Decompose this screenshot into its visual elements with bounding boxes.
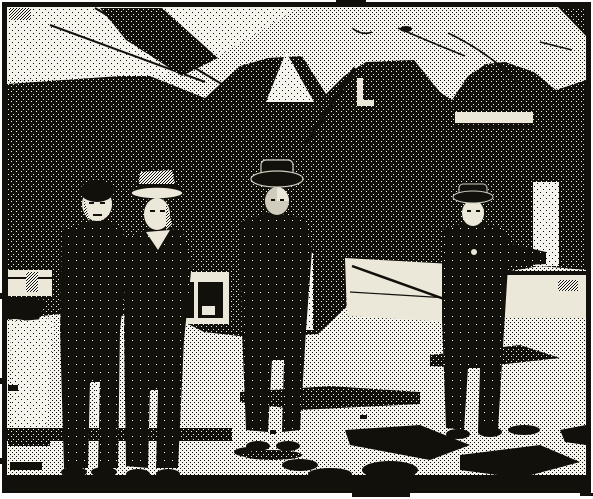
newspaper-photo-page	[0, 0, 593, 499]
halftone-photo	[0, 0, 593, 499]
white-slat	[455, 112, 533, 123]
edge-tick	[0, 378, 4, 384]
man-4-shoe	[478, 427, 502, 437]
man-3-shoe	[246, 441, 270, 451]
crate-right	[505, 272, 586, 318]
wire-knot	[400, 26, 412, 32]
corner-block	[9, 8, 31, 20]
man-4-face	[462, 200, 484, 226]
sack-left	[8, 318, 54, 476]
edge-tick	[0, 458, 4, 464]
man-4-shoe	[446, 429, 470, 439]
man-2-hat-brim	[131, 187, 183, 199]
man-4-pocket-square	[471, 249, 477, 255]
registration-dash-top	[336, 0, 366, 3]
crate-label	[202, 306, 215, 315]
edge-tick	[0, 293, 4, 299]
crate-large	[345, 258, 452, 322]
man-4-hat	[453, 184, 493, 203]
man-3-shadow	[242, 450, 302, 460]
man-1-hat	[80, 180, 114, 202]
registration-dash-bottom	[352, 493, 410, 497]
man-3-shoe	[276, 441, 300, 451]
